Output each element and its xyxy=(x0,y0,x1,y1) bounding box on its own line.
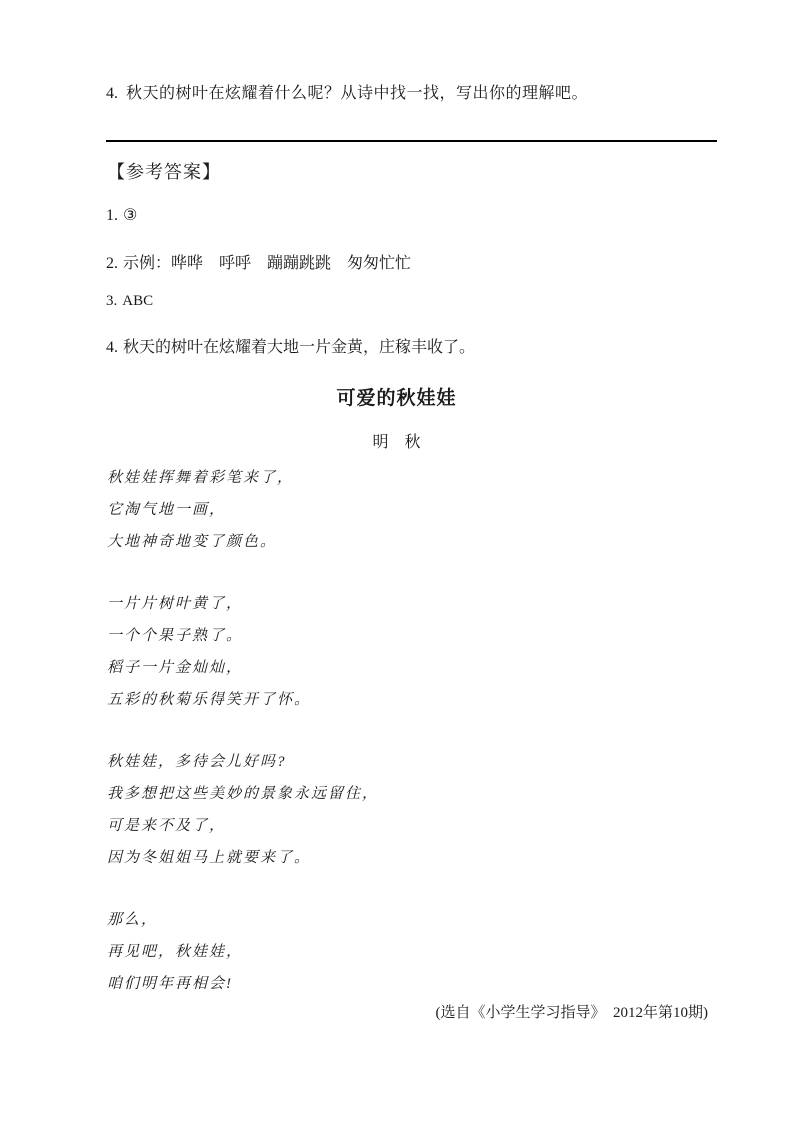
question-4-text: 秋天的树叶在炫耀着什么呢？从诗中找一找，写出你的理解吧。 xyxy=(126,85,588,102)
answer-4-number: 4. xyxy=(106,339,118,356)
answer-1: 1.③ xyxy=(106,205,726,225)
poem-line: 咱们明年再相会! xyxy=(107,968,667,1000)
section-divider xyxy=(106,140,717,142)
document-page: 4.秋天的树叶在炫耀着什么呢？从诗中找一找，写出你的理解吧。 【参考答案】 1.… xyxy=(0,0,793,1122)
answer-2: 2.示例：哗哗 呼呼 蹦蹦跳跳 匆匆忙忙 xyxy=(106,250,726,273)
answer-4-text: 秋天的树叶在炫耀着大地一片金黄，庄稼丰收了。 xyxy=(123,339,475,356)
poem-title: 可爱的秋娃娃 xyxy=(0,383,793,410)
poem-line: 五彩的秋菊乐得笑开了怀。 xyxy=(107,684,667,716)
poem-line: 我多想把这些美妙的景象永远留住， xyxy=(107,778,667,810)
question-4-number: 4. xyxy=(106,85,118,102)
answer-1-text: ③ xyxy=(123,207,137,224)
poem-stanza-4: 那么， 再见吧，秋娃娃， 咱们明年再相会! xyxy=(107,904,667,1000)
poem-stanza-1: 秋娃娃挥舞着彩笔来了， 它淘气地一画， 大地神奇地变了颜色。 xyxy=(107,462,667,558)
poem-author: 明 秋 xyxy=(0,429,793,452)
poem-body: 秋娃娃挥舞着彩笔来了， 它淘气地一画， 大地神奇地变了颜色。 一片片树叶黄了， … xyxy=(107,462,667,1030)
answer-4: 4.秋天的树叶在炫耀着大地一片金黄，庄稼丰收了。 xyxy=(106,334,726,357)
answer-key-header: 【参考答案】 xyxy=(107,158,221,184)
answer-2-text: 示例：哗哗 呼呼 蹦蹦跳跳 匆匆忙忙 xyxy=(123,255,411,272)
poem-line: 再见吧，秋娃娃， xyxy=(107,936,667,968)
poem-line: 一片片树叶黄了， xyxy=(107,588,667,620)
poem-line: 秋娃娃，多待会儿好吗? xyxy=(107,746,667,778)
poem-stanza-3: 秋娃娃，多待会儿好吗? 我多想把这些美妙的景象永远留住， 可是来不及了， 因为冬… xyxy=(107,746,667,874)
question-4: 4.秋天的树叶在炫耀着什么呢？从诗中找一找，写出你的理解吧。 xyxy=(106,83,726,105)
poem-line: 它淘气地一画， xyxy=(107,494,667,526)
poem-line: 可是来不及了， xyxy=(107,810,667,842)
poem-line: 稻子一片金灿灿， xyxy=(107,652,667,684)
answer-3-number: 3. xyxy=(106,293,117,309)
poem-line: 因为冬姐姐马上就要来了。 xyxy=(107,842,667,874)
poem-line: 大地神奇地变了颜色。 xyxy=(107,526,667,558)
poem-line: 秋娃娃挥舞着彩笔来了， xyxy=(107,462,667,494)
poem-line: 那么， xyxy=(107,904,667,936)
answer-3-text: ABC xyxy=(122,293,153,309)
source-citation: (选自《小学生学习指导》 2012年第10期) xyxy=(106,1001,708,1022)
poem-stanza-2: 一片片树叶黄了， 一个个果子熟了。 稻子一片金灿灿， 五彩的秋菊乐得笑开了怀。 xyxy=(107,588,667,716)
answer-1-number: 1. xyxy=(106,207,118,224)
answer-2-number: 2. xyxy=(106,255,118,272)
poem-line: 一个个果子熟了。 xyxy=(107,620,667,652)
answer-3: 3.ABC xyxy=(106,293,726,310)
